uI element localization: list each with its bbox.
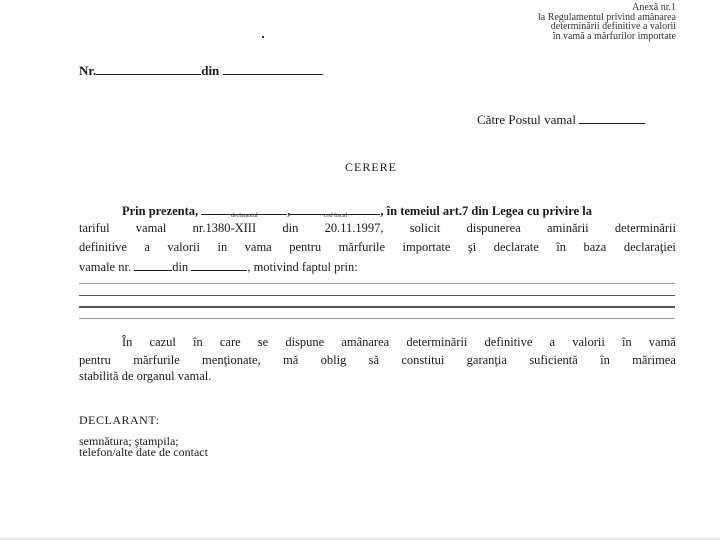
word: vama xyxy=(245,240,272,255)
paragraph1-line1: Prin prezenta, declarantul,cod fiscal, î… xyxy=(122,202,592,219)
line1-rest: , în temeiul art.7 din Legea cu privire … xyxy=(380,204,592,218)
scan-speck xyxy=(262,36,264,38)
din-label: din xyxy=(172,260,188,274)
word: vamă xyxy=(649,335,676,350)
word: determinării xyxy=(615,221,676,236)
paragraph2-line2: pentru mărfurile menţionate, mă oblig să… xyxy=(79,353,676,368)
declarant-blank-field[interactable]: declarantul xyxy=(201,202,287,215)
motivation-line-1[interactable] xyxy=(79,283,675,284)
word: constitui xyxy=(401,353,444,368)
intro-text: Prin prezenta, xyxy=(122,204,198,218)
word: se xyxy=(258,335,268,350)
word: şi xyxy=(468,240,476,255)
word: menţionate, xyxy=(202,353,261,368)
word: în xyxy=(556,240,566,255)
word: mă xyxy=(283,353,298,368)
word: vamal xyxy=(136,221,167,236)
registration-number-line: Nr.din xyxy=(79,63,323,79)
paragraph2-line3: stabilită de organul vamal. xyxy=(79,369,211,384)
document-title: CERERE xyxy=(345,160,397,175)
declarant-details: semnătura; ştampila; telefon/alte date d… xyxy=(79,436,208,458)
motivation-line-2[interactable] xyxy=(79,295,675,296)
word: pentru xyxy=(79,353,111,368)
customs-declaration-label: vamale nr. xyxy=(79,260,131,274)
customs-post-blank-field[interactable] xyxy=(579,112,645,124)
word: în xyxy=(622,335,632,350)
word: 20.11.1997, xyxy=(325,221,384,236)
word: determinării xyxy=(406,335,467,350)
word: declarate xyxy=(494,240,539,255)
word: declaraţiei xyxy=(624,240,676,255)
word: suficientă xyxy=(529,353,578,368)
word: definitive xyxy=(485,335,533,350)
word: oblig xyxy=(321,353,347,368)
contact-label: telefon/alte date de contact xyxy=(79,447,208,458)
declaration-date-blank-field[interactable] xyxy=(191,259,247,271)
fiscal-code-blank-field[interactable]: cod fiscal xyxy=(290,202,380,215)
fiscal-code-caption: cod fiscal xyxy=(290,213,380,219)
word: în xyxy=(600,353,610,368)
motivation-label: , motivind faptul prin: xyxy=(247,260,357,274)
word: valorii xyxy=(572,335,605,350)
word: a xyxy=(144,240,150,255)
word: mărfurile xyxy=(133,353,180,368)
word: aminării xyxy=(547,221,589,236)
word: În xyxy=(122,335,132,350)
declarant-caption: declarantul xyxy=(201,213,287,219)
word: cazul xyxy=(150,335,176,350)
motivation-line-3[interactable] xyxy=(79,306,675,308)
word: in xyxy=(217,240,227,255)
word: dispunerea xyxy=(467,221,521,236)
word: mărimea xyxy=(632,353,676,368)
word: tariful xyxy=(79,221,110,236)
word: baza xyxy=(583,240,606,255)
annex-line: în vamă a mărfurilor importate xyxy=(538,32,676,42)
word: solicit xyxy=(410,221,441,236)
word: definitive xyxy=(79,240,127,255)
addressee-label: Către Postul vamal xyxy=(477,112,576,127)
word: a xyxy=(550,335,556,350)
paragraph1-line3: definitive a valorii in vama pentru mărf… xyxy=(79,240,676,255)
paragraph1-line4: vamale nr. din , motivind faptul prin: xyxy=(79,259,358,275)
declaration-number-blank-field[interactable] xyxy=(134,259,172,271)
word: pentru xyxy=(289,240,321,255)
word: valorii xyxy=(167,240,200,255)
word: să xyxy=(369,353,379,368)
word: mărfurile xyxy=(339,240,386,255)
nr-label: Nr. xyxy=(79,63,96,78)
word: care xyxy=(220,335,241,350)
addressee-line: Către Postul vamal xyxy=(477,112,645,128)
word: garanţia xyxy=(467,353,507,368)
word: nr.1380-XIII xyxy=(193,221,257,236)
word: importate xyxy=(403,240,451,255)
paragraph1-line2: tariful vamal nr.1380-XIII din 20.11.199… xyxy=(79,221,676,236)
declarant-heading: DECLARANT: xyxy=(79,413,159,428)
din-label: din xyxy=(201,63,219,78)
word: dispune xyxy=(285,335,324,350)
annex-reference: Anexă nr.1 la Regulamentul privind amâna… xyxy=(538,3,676,41)
motivation-line-4[interactable] xyxy=(79,318,675,319)
word: din xyxy=(282,221,298,236)
paragraph2-line1: În cazul în care se dispune amânarea det… xyxy=(122,335,676,350)
request-form-document: Anexă nr.1 la Regulamentul privind amâna… xyxy=(0,0,720,540)
word: în xyxy=(193,335,203,350)
nr-blank-field[interactable] xyxy=(96,63,201,75)
word: amânarea xyxy=(341,335,389,350)
date-blank-field[interactable] xyxy=(223,63,323,75)
